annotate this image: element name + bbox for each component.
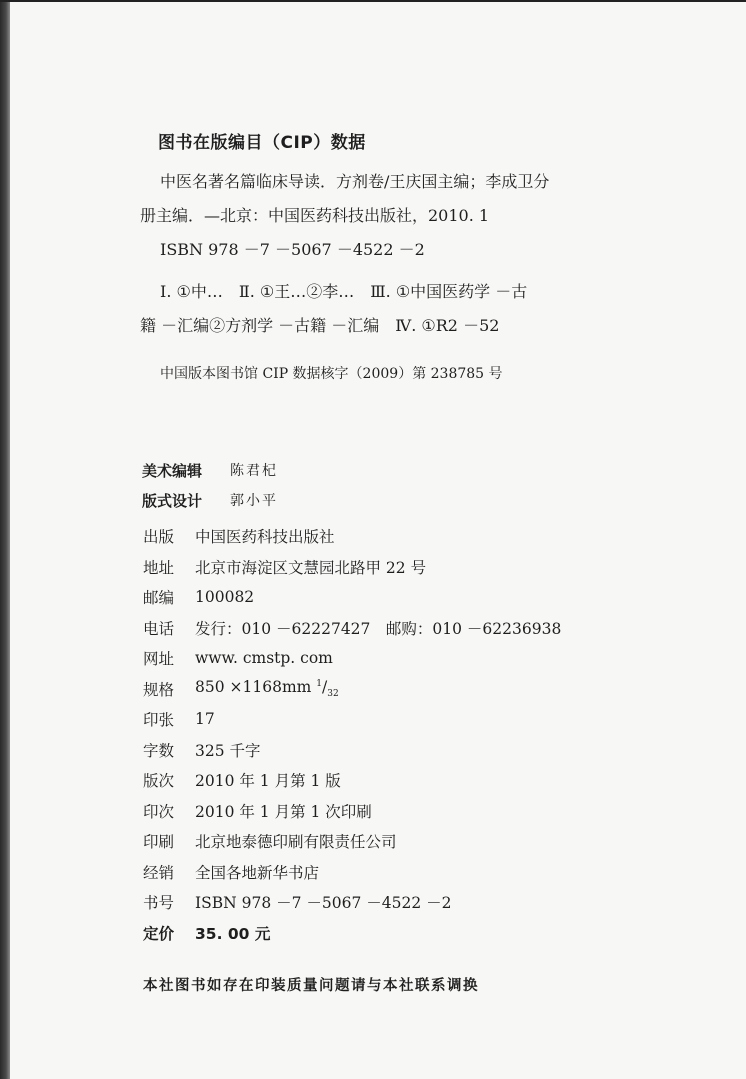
info-distributor: 经销全国各地新华书店 <box>143 857 561 888</box>
credits-section: 美术编辑 陈君杞 版式设计 郭小平 <box>142 455 278 515</box>
cip-heading: 图书在版编目（CIP）数据 <box>158 128 366 153</box>
cip-isbn: ISBN 978 －7 －5067 －4522 －2 <box>140 233 670 267</box>
cip-subject-line2: 籍 －汇编②方剂学 －古籍 －汇编 Ⅳ. ①R2 －52 <box>140 309 670 343</box>
info-value: 全国各地新华书店 <box>195 861 319 883</box>
info-label: 印张 <box>143 708 195 730</box>
info-label: 出版 <box>143 525 195 547</box>
cip-subject-line1: Ⅰ. ①中… Ⅱ. ①王…②李… Ⅲ. ①中国医药学 －古 <box>140 275 670 309</box>
info-label: 书号 <box>143 891 195 913</box>
info-value: ISBN 978 －7 －5067 －4522 －2 <box>195 891 452 913</box>
credit-label: 美术编辑 <box>142 460 230 481</box>
format-size: 850 ×1168mm <box>195 678 311 696</box>
info-value: 2010 年 1 月第 1 版 <box>195 769 341 791</box>
info-value: 35. 00 元 <box>195 922 270 944</box>
cip-verification-note: 中国版本图书馆 CIP 数据核字（2009）第 238785 号 <box>160 363 503 383</box>
credit-layout-designer: 版式设计 郭小平 <box>142 485 278 515</box>
info-address: 地址北京市海淀区文慧园北路甲 22 号 <box>143 552 561 583</box>
info-value: 17 <box>195 710 215 728</box>
cip-title-line1: 中医名著名篇临床导读．方剂卷/王庆国主编；李成卫分 <box>140 165 670 199</box>
info-edition: 版次2010 年 1 月第 1 版 <box>143 765 561 796</box>
info-publisher: 出版中国医药科技出版社 <box>143 521 561 552</box>
info-price: 定价35. 00 元 <box>143 918 561 949</box>
info-value: 100082 <box>195 588 254 606</box>
credit-value: 陈君杞 <box>230 460 278 480</box>
quality-notice: 本社图书如存在印装质量问题请与本社联系调换 <box>143 974 479 995</box>
fraction-denominator: 32 <box>327 689 338 699</box>
book-spine-shadow <box>0 0 10 1079</box>
info-label: 字数 <box>143 739 195 761</box>
info-printing: 印次2010 年 1 月第 1 次印刷 <box>143 796 561 827</box>
info-label: 经销 <box>143 861 195 883</box>
info-label: 印刷 <box>143 830 195 852</box>
info-printer: 印刷北京地泰德印刷有限责任公司 <box>143 826 561 857</box>
info-value: www. cmstp. com <box>195 649 333 667</box>
info-label: 邮编 <box>143 586 195 608</box>
info-label: 版次 <box>143 769 195 791</box>
info-phone: 电话发行：010 －62227427 邮购：010 －62236938 <box>143 613 561 644</box>
info-word-count: 字数325 千字 <box>143 735 561 766</box>
info-label: 地址 <box>143 556 195 578</box>
info-value: 850 ×1168mm 1/32 <box>195 678 339 699</box>
info-label: 网址 <box>143 647 195 669</box>
cip-record: 中医名著名篇临床导读．方剂卷/王庆国主编；李成卫分 册主编．—北京：中国医药科技… <box>140 165 670 343</box>
credit-label: 版式设计 <box>142 490 230 511</box>
info-value: 2010 年 1 月第 1 次印刷 <box>195 800 372 822</box>
credit-value: 郭小平 <box>230 490 278 510</box>
cip-title-line2: 册主编．—北京：中国医药科技出版社，2010. 1 <box>140 199 670 233</box>
info-website: 网址www. cmstp. com <box>143 643 561 674</box>
publication-info: 出版中国医药科技出版社 地址北京市海淀区文慧园北路甲 22 号 邮编100082… <box>143 521 561 948</box>
fraction-numerator: 1 <box>316 679 322 689</box>
info-format: 规格850 ×1168mm 1/32 <box>143 674 561 705</box>
info-label: 印次 <box>143 800 195 822</box>
info-value: 北京地泰德印刷有限责任公司 <box>195 830 397 852</box>
info-value: 北京市海淀区文慧园北路甲 22 号 <box>195 556 426 578</box>
info-value: 中国医药科技出版社 <box>195 525 335 547</box>
info-postcode: 邮编100082 <box>143 582 561 613</box>
credit-art-editor: 美术编辑 陈君杞 <box>142 455 278 485</box>
info-value: 325 千字 <box>195 739 261 761</box>
info-label: 定价 <box>143 922 195 944</box>
info-value: 发行：010 －62227427 邮购：010 －62236938 <box>195 617 561 639</box>
info-label: 规格 <box>143 678 195 700</box>
info-label: 电话 <box>143 617 195 639</box>
info-isbn: 书号ISBN 978 －7 －5067 －4522 －2 <box>143 887 561 918</box>
info-sheets: 印张17 <box>143 704 561 735</box>
